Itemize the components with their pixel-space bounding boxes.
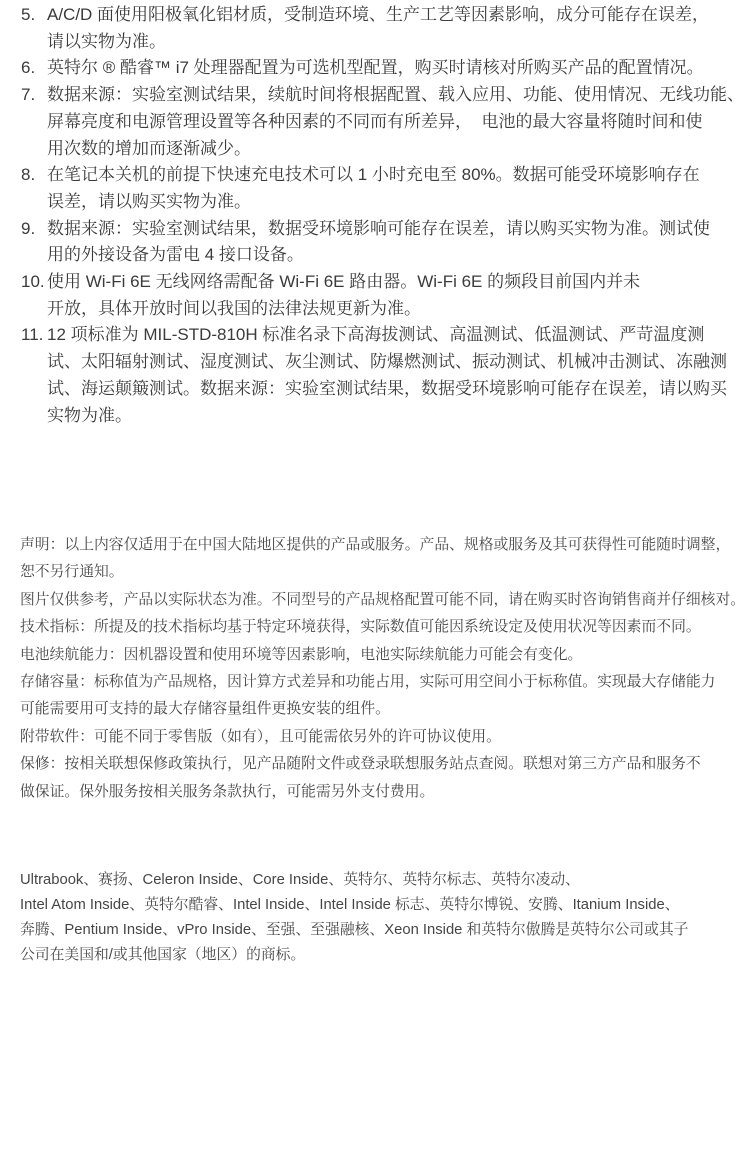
footnote-number: 6.: [21, 55, 47, 82]
disclaimer-statement: 声明：以上内容仅适用于在中国大陆地区提供的产品或服务。产品、规格或服务及其可获得…: [20, 532, 748, 587]
text-line: 图片仅供参考，产品以实际状态为准。不同型号的产品规格配置可能不同，请在购买时咨询…: [20, 587, 748, 614]
footnote-item: 11.12 项标准为 MIL-STD-810H 标准名录下高海拔测试、高温测试、…: [21, 322, 743, 429]
footnote-number: 5.: [21, 2, 47, 55]
text-line: 试、海运颠簸测试。数据来源：实验室测试结果，数据受环境影响可能存在误差，请以购买: [47, 376, 743, 403]
text-line: A/C/D 面使用阳极氧化铝材质，受制造环境、生产工艺等因素影响，成分可能存在误…: [47, 2, 743, 29]
text-line: 恕不另行通知。: [20, 559, 748, 586]
disclaimer-warranty: 保修：按相关联想保修政策执行，见产品随附文件或登录联想服务站点查阅。联想对第三方…: [20, 751, 748, 806]
footnote-item: 6.英特尔 ® 酷睿™ i7 处理器配置为可选机型配置，购买时请核对所购买产品的…: [21, 55, 743, 82]
footnote-number: 9.: [21, 216, 47, 269]
disclaimer-bundled-software: 附带软件：可能不同于零售版（如有），且可能需依另外的许可协议使用。: [20, 724, 748, 751]
product-notes-page: 5.A/C/D 面使用阳极氧化铝材质，受制造环境、生产工艺等因素影响，成分可能存…: [0, 0, 750, 1171]
footnote-text: 使用 Wi-Fi 6E 无线网络需配备 Wi-Fi 6E 路由器。Wi-Fi 6…: [47, 269, 743, 322]
disclaimer-tech-specs: 技术指标：所提及的技术指标均基于特定环境获得，实际数值可能因系统设定及使用状况等…: [20, 614, 748, 641]
text-line: 数据来源：实验室测试结果，数据受环境影响可能存在误差，请以购买实物为准。测试使: [47, 216, 743, 243]
text-line: 声明：以上内容仅适用于在中国大陆地区提供的产品或服务。产品、规格或服务及其可获得…: [20, 532, 748, 559]
footnote-item: 8.在笔记本关机的前提下快速充电技术可以 1 小时充电至 80%。数据可能受环境…: [21, 162, 743, 215]
disclaimer-storage-capacity: 存储容量：标称值为产品规格，因计算方式差异和功能占用，实际可用空间小于标称值。实…: [20, 669, 748, 724]
text-line: 试、太阳辐射测试、湿度测试、灰尘测试、防爆燃测试、振动测试、机械冲击测试、冻融测: [47, 349, 743, 376]
text-line: 用的外接设备为雷电 4 接口设备。: [47, 242, 743, 269]
text-line: 奔腾、Pentium Inside、vPro Inside、至强、至强融核、Xe…: [20, 918, 748, 943]
text-line: Intel Atom Inside、英特尔酷睿、Intel Inside、Int…: [20, 893, 748, 918]
text-line: 请以实物为准。: [47, 29, 743, 56]
footnote-text: 数据来源：实验室测试结果，数据受环境影响可能存在误差，请以购买实物为准。测试使用…: [47, 216, 743, 269]
text-line: 在笔记本关机的前提下快速充电技术可以 1 小时充电至 80%。数据可能受环境影响…: [47, 162, 743, 189]
text-line: 公司在美国和/或其他国家（地区）的商标。: [20, 943, 748, 968]
footnote-item: 7.数据来源：实验室测试结果，续航时间将根据配置、载入应用、功能、使用情况、无线…: [21, 82, 743, 162]
text-line: 使用 Wi-Fi 6E 无线网络需配备 Wi-Fi 6E 路由器。Wi-Fi 6…: [47, 269, 743, 296]
footnote-text: 英特尔 ® 酷睿™ i7 处理器配置为可选机型配置，购买时请核对所购买产品的配置…: [47, 55, 743, 82]
footnote-number: 11.: [21, 322, 47, 429]
text-line: 用次数的增加而逐渐减少。: [47, 136, 743, 163]
text-line: 实物为准。: [47, 403, 743, 430]
trademark-section: Ultrabook、赛扬、Celeron Inside、Core Inside、…: [20, 868, 748, 968]
footnote-number: 7.: [21, 82, 47, 162]
footnote-item: 5.A/C/D 面使用阳极氧化铝材质，受制造环境、生产工艺等因素影响，成分可能存…: [21, 2, 743, 55]
text-line: 附带软件：可能不同于零售版（如有），且可能需依另外的许可协议使用。: [20, 724, 748, 751]
footnotes-list: 5.A/C/D 面使用阳极氧化铝材质，受制造环境、生产工艺等因素影响，成分可能存…: [21, 2, 743, 429]
text-line: 屏幕亮度和电源管理设置等各种因素的不同而有所差异， 电池的最大容量将随时间和使: [47, 109, 743, 136]
text-line: 12 项标准为 MIL-STD-810H 标准名录下高海拔测试、高温测试、低温测…: [47, 322, 743, 349]
footnote-text: 在笔记本关机的前提下快速充电技术可以 1 小时充电至 80%。数据可能受环境影响…: [47, 162, 743, 215]
text-line: Ultrabook、赛扬、Celeron Inside、Core Inside、…: [20, 868, 748, 893]
text-line: 可能需要用可支持的最大存储容量组件更换安装的组件。: [20, 696, 748, 723]
disclaimer-image-reference: 图片仅供参考，产品以实际状态为准。不同型号的产品规格配置可能不同，请在购买时咨询…: [20, 587, 748, 614]
text-line: 保修：按相关联想保修政策执行，见产品随附文件或登录联想服务站点查阅。联想对第三方…: [20, 751, 748, 778]
footnote-text: A/C/D 面使用阳极氧化铝材质，受制造环境、生产工艺等因素影响，成分可能存在误…: [47, 2, 743, 55]
footnote-item: 9.数据来源：实验室测试结果，数据受环境影响可能存在误差，请以购买实物为准。测试…: [21, 216, 743, 269]
footnote-text: 数据来源：实验室测试结果，续航时间将根据配置、载入应用、功能、使用情况、无线功能…: [47, 82, 743, 162]
text-line: 数据来源：实验室测试结果，续航时间将根据配置、载入应用、功能、使用情况、无线功能…: [47, 82, 743, 109]
text-line: 做保证。保外服务按相关服务条款执行，可能需另外支付费用。: [20, 779, 748, 806]
text-line: 技术指标：所提及的技术指标均基于特定环境获得，实际数值可能因系统设定及使用状况等…: [20, 614, 748, 641]
text-line: 开放，具体开放时间以我国的法律法规更新为准。: [47, 296, 743, 323]
footnote-item: 10.使用 Wi-Fi 6E 无线网络需配备 Wi-Fi 6E 路由器。Wi-F…: [21, 269, 743, 322]
disclaimer-section: 声明：以上内容仅适用于在中国大陆地区提供的产品或服务。产品、规格或服务及其可获得…: [20, 532, 748, 806]
text-line: 存储容量：标称值为产品规格，因计算方式差异和功能占用，实际可用空间小于标称值。实…: [20, 669, 748, 696]
text-line: 误差，请以购买实物为准。: [47, 189, 743, 216]
footnote-number: 8.: [21, 162, 47, 215]
disclaimer-battery-life: 电池续航能力：因机器设置和使用环境等因素影响，电池实际续航能力可能会有变化。: [20, 642, 748, 669]
text-line: 英特尔 ® 酷睿™ i7 处理器配置为可选机型配置，购买时请核对所购买产品的配置…: [47, 55, 743, 82]
footnote-text: 12 项标准为 MIL-STD-810H 标准名录下高海拔测试、高温测试、低温测…: [47, 322, 743, 429]
footnote-number: 10.: [21, 269, 47, 322]
text-line: 电池续航能力：因机器设置和使用环境等因素影响，电池实际续航能力可能会有变化。: [20, 642, 748, 669]
